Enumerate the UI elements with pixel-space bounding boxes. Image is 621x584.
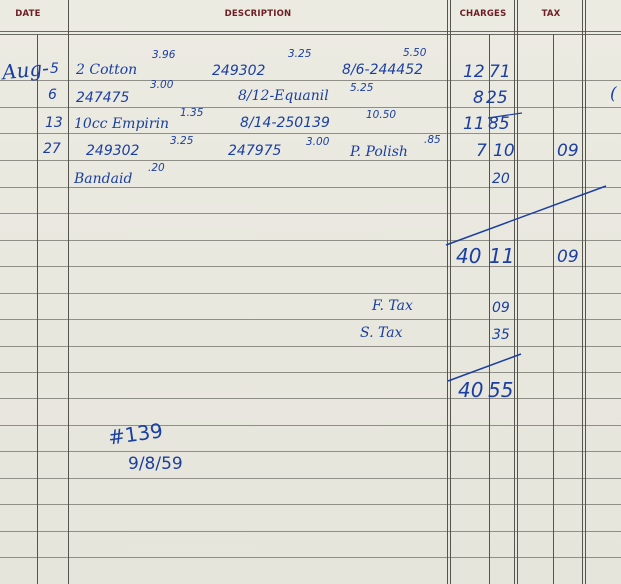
tick-line — [488, 113, 522, 118]
total-slash-line — [448, 354, 521, 381]
ledger-sheet: DATE DESCRIPTION CHARGES TAX Aug- 5 2 Co… — [0, 0, 621, 584]
tally-strokes — [0, 0, 621, 584]
subtotal-slash-line — [446, 186, 606, 245]
